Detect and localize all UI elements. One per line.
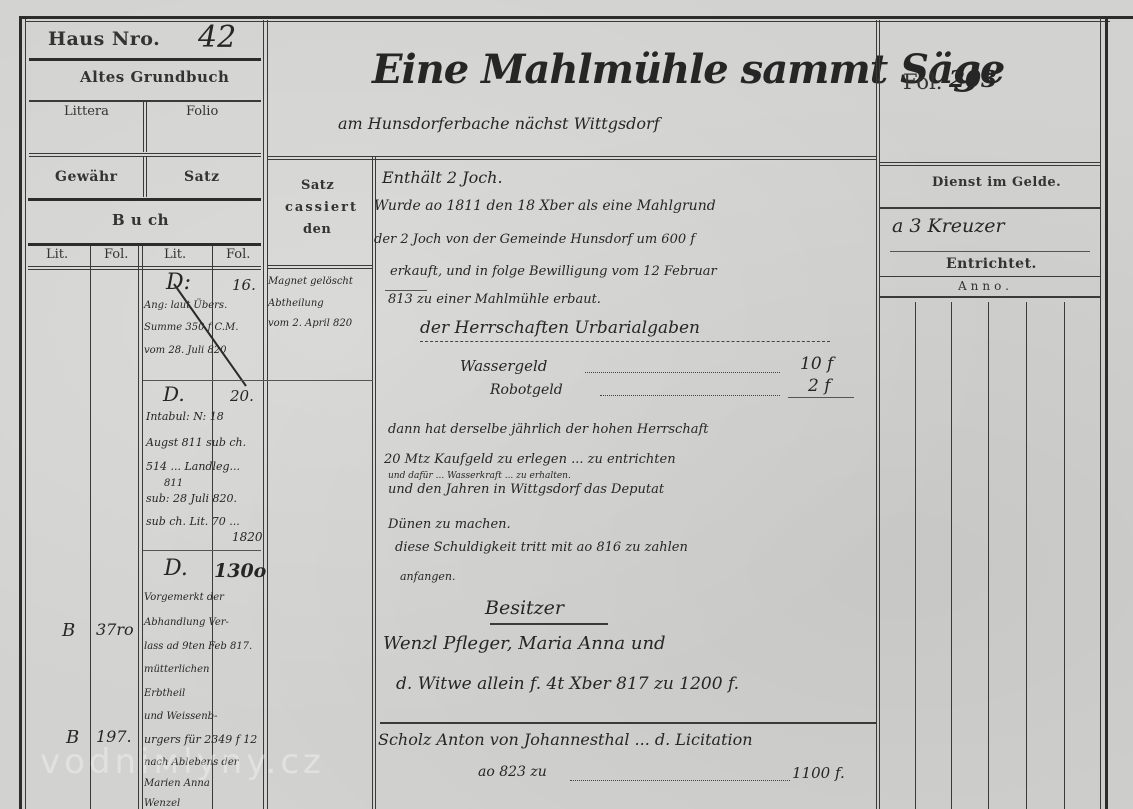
para2-line: diese Schuldigkeit tritt mit ao 816 zu z…	[395, 540, 688, 555]
owner2-line1: Scholz Anton von Johannesthal ... d. Lic…	[378, 730, 753, 749]
divider	[143, 380, 373, 381]
folio-label: Folio	[186, 104, 218, 119]
gewaehr-label: Gewähr	[55, 169, 118, 185]
satz-col-right	[372, 157, 373, 809]
anno-col-line	[1064, 302, 1065, 809]
entry-text: 514 ... Landleg...	[146, 460, 240, 473]
divider	[880, 162, 1100, 163]
entry-text: sub: 28 Juli 820.	[146, 492, 237, 505]
cassiert-note: vom 2. April 820	[268, 318, 352, 329]
top-border	[20, 16, 1133, 19]
entry-text: Intabul: N: 18	[146, 410, 224, 423]
main-line: Enthält 2 Joch.	[382, 168, 503, 187]
satz-col-right-2	[375, 157, 376, 809]
divider	[28, 243, 261, 246]
entry-text: 811	[164, 478, 183, 489]
entry-text: lass ad 9ten Feb 817.	[144, 641, 252, 652]
col-lit-2: Lit.	[164, 247, 186, 262]
col-line	[138, 246, 139, 809]
divider	[143, 100, 144, 152]
underline	[385, 290, 427, 291]
item-label: Wassergeld	[460, 357, 547, 375]
col-line	[142, 246, 143, 809]
divider	[880, 296, 1100, 298]
col-fol-1: Fol.	[104, 247, 128, 262]
satz-cassiert-label-3: den	[303, 222, 331, 237]
title-area-bottom	[268, 156, 876, 157]
divider	[890, 251, 1090, 252]
main-line: der 2 Joch von der Gemeinde Hunsdorf um …	[374, 232, 695, 247]
entry-text: 1820	[232, 530, 263, 544]
fol-number: 203	[949, 66, 997, 93]
entry-text: Erbtheil	[144, 688, 185, 699]
anno-label: Anno.	[958, 279, 1013, 293]
urbarial-heading: der Herrschaften Urbarialgaben	[420, 318, 700, 338]
entry-fol: 130o	[214, 560, 266, 582]
para2-line: und den Jahren in Wittgsdorf das Deputat	[388, 482, 664, 497]
left-inner-border	[25, 18, 26, 809]
divider	[28, 269, 261, 270]
divider	[29, 156, 261, 157]
right-outer-border	[1105, 18, 1108, 809]
gewaehr-lit: B	[62, 620, 75, 641]
gewaehr-fol: 37ro	[96, 620, 134, 639]
divider	[880, 207, 1100, 209]
divider	[29, 58, 261, 61]
divider	[268, 268, 373, 269]
entry-lit: D.	[163, 382, 185, 406]
col-line	[90, 246, 91, 809]
satz-label: Satz	[184, 169, 220, 185]
divider	[880, 276, 1100, 277]
left-block-right-border	[263, 20, 264, 809]
col-lit-1: Lit.	[46, 247, 68, 262]
dienst-value: a 3 Kreuzer	[892, 215, 1005, 237]
anno-col-line	[951, 302, 952, 809]
owner2-amount: 1100 f.	[792, 764, 845, 782]
divider	[143, 157, 144, 197]
entry-text: sub ch. Lit. 70 ...	[146, 515, 240, 528]
divider	[268, 265, 373, 266]
besitzer-heading: Besitzer	[485, 597, 564, 619]
register-page: Haus Nro. 42 Altes Grundbuch Littera Fol…	[0, 0, 1133, 809]
owner1-line2: d. Witwe allein f. 4t Xber 817 zu 1200 f…	[396, 674, 739, 694]
littera-label: Littera	[64, 104, 109, 119]
entry-text: mütterlichen	[144, 664, 209, 675]
anno-col-line	[988, 302, 989, 809]
para2-line: Dünen zu machen.	[388, 517, 511, 532]
anno-col-line	[915, 302, 916, 809]
divider	[146, 157, 147, 197]
altes-grundbuch-label: Altes Grundbuch	[80, 68, 229, 86]
right-col-left-border	[876, 20, 877, 809]
entrichtet-label: Entrichtet.	[946, 256, 1037, 272]
entry-text: Vorgemerkt der	[144, 592, 224, 603]
right-col-left-border-2	[879, 20, 880, 809]
leader-dots	[585, 372, 780, 373]
haus-number: 42	[198, 20, 236, 55]
satz-cassiert-label-1: Satz	[301, 178, 334, 193]
left-outer-border	[19, 16, 22, 809]
para2-line: dann hat derselbe jährlich der hohen Her…	[388, 422, 709, 437]
divider	[143, 550, 261, 551]
item-label: Robotgeld	[490, 382, 563, 398]
main-line: erkauft, und in folge Bewilligung vom 12…	[390, 264, 717, 279]
entry-lit: D.	[164, 556, 188, 581]
entry-text: und Weissenb-	[144, 711, 217, 722]
besitzer-underline	[490, 623, 608, 625]
leader-dots	[570, 780, 790, 781]
cancel-cross-line	[170, 280, 250, 390]
entry-text: Wenzel	[144, 798, 180, 809]
main-line: 813 zu einer Mahlmühle erbaut.	[388, 292, 601, 307]
watermark: vodniмlyny.cz	[40, 742, 325, 782]
heading-underline	[420, 341, 830, 342]
para2-line: und dafür ... Wasserkraft ... zu erhalte…	[388, 471, 571, 481]
item-amount: 2 f	[808, 376, 831, 396]
property-subtitle: am Hunsdorferbache nächst Wittgsdorf	[338, 114, 660, 133]
dienst-label: Dienst im Gelde.	[932, 175, 1061, 190]
col-fol-2: Fol.	[226, 247, 250, 262]
cassiert-note: Magnet gelöscht	[268, 276, 353, 287]
entry-fol: 20.	[230, 387, 254, 405]
entry-text: Abhandlung Ver-	[144, 617, 229, 628]
cassiert-note: Abtheilung	[268, 298, 324, 309]
divider	[29, 153, 261, 154]
main-line: Wurde ao 1811 den 18 Xber als eine Mahlg…	[374, 198, 716, 214]
fol-label: Fol.	[903, 70, 942, 94]
left-block-right-border-2	[267, 20, 268, 809]
item-amount: 10 f	[800, 354, 833, 374]
leader-dots	[600, 395, 780, 396]
owner-separator	[380, 722, 876, 724]
sum-line	[788, 397, 854, 398]
owner1-line1: Wenzl Pfleger, Maria Anna und	[383, 633, 666, 654]
anno-col-line	[1026, 302, 1027, 809]
divider	[146, 100, 147, 152]
divider	[28, 198, 261, 201]
divider	[28, 266, 261, 267]
buch-label: B u ch	[112, 211, 169, 229]
entry-text: Augst 811 sub ch.	[146, 436, 246, 449]
divider	[880, 165, 1100, 166]
haus-label: Haus Nro.	[48, 28, 160, 50]
divider	[29, 100, 261, 102]
top-border-inner	[25, 21, 1110, 22]
satz-cassiert-label-2: cassiert	[285, 200, 358, 215]
owner2-line2: ao 823 zu	[478, 764, 547, 780]
title-area-bottom-2	[268, 159, 876, 160]
para2-line: anfangen.	[400, 570, 456, 583]
right-inner-border	[1100, 18, 1101, 809]
para2-line: 20 Mtz Kaufgeld zu erlegen ... zu entric…	[384, 452, 676, 467]
